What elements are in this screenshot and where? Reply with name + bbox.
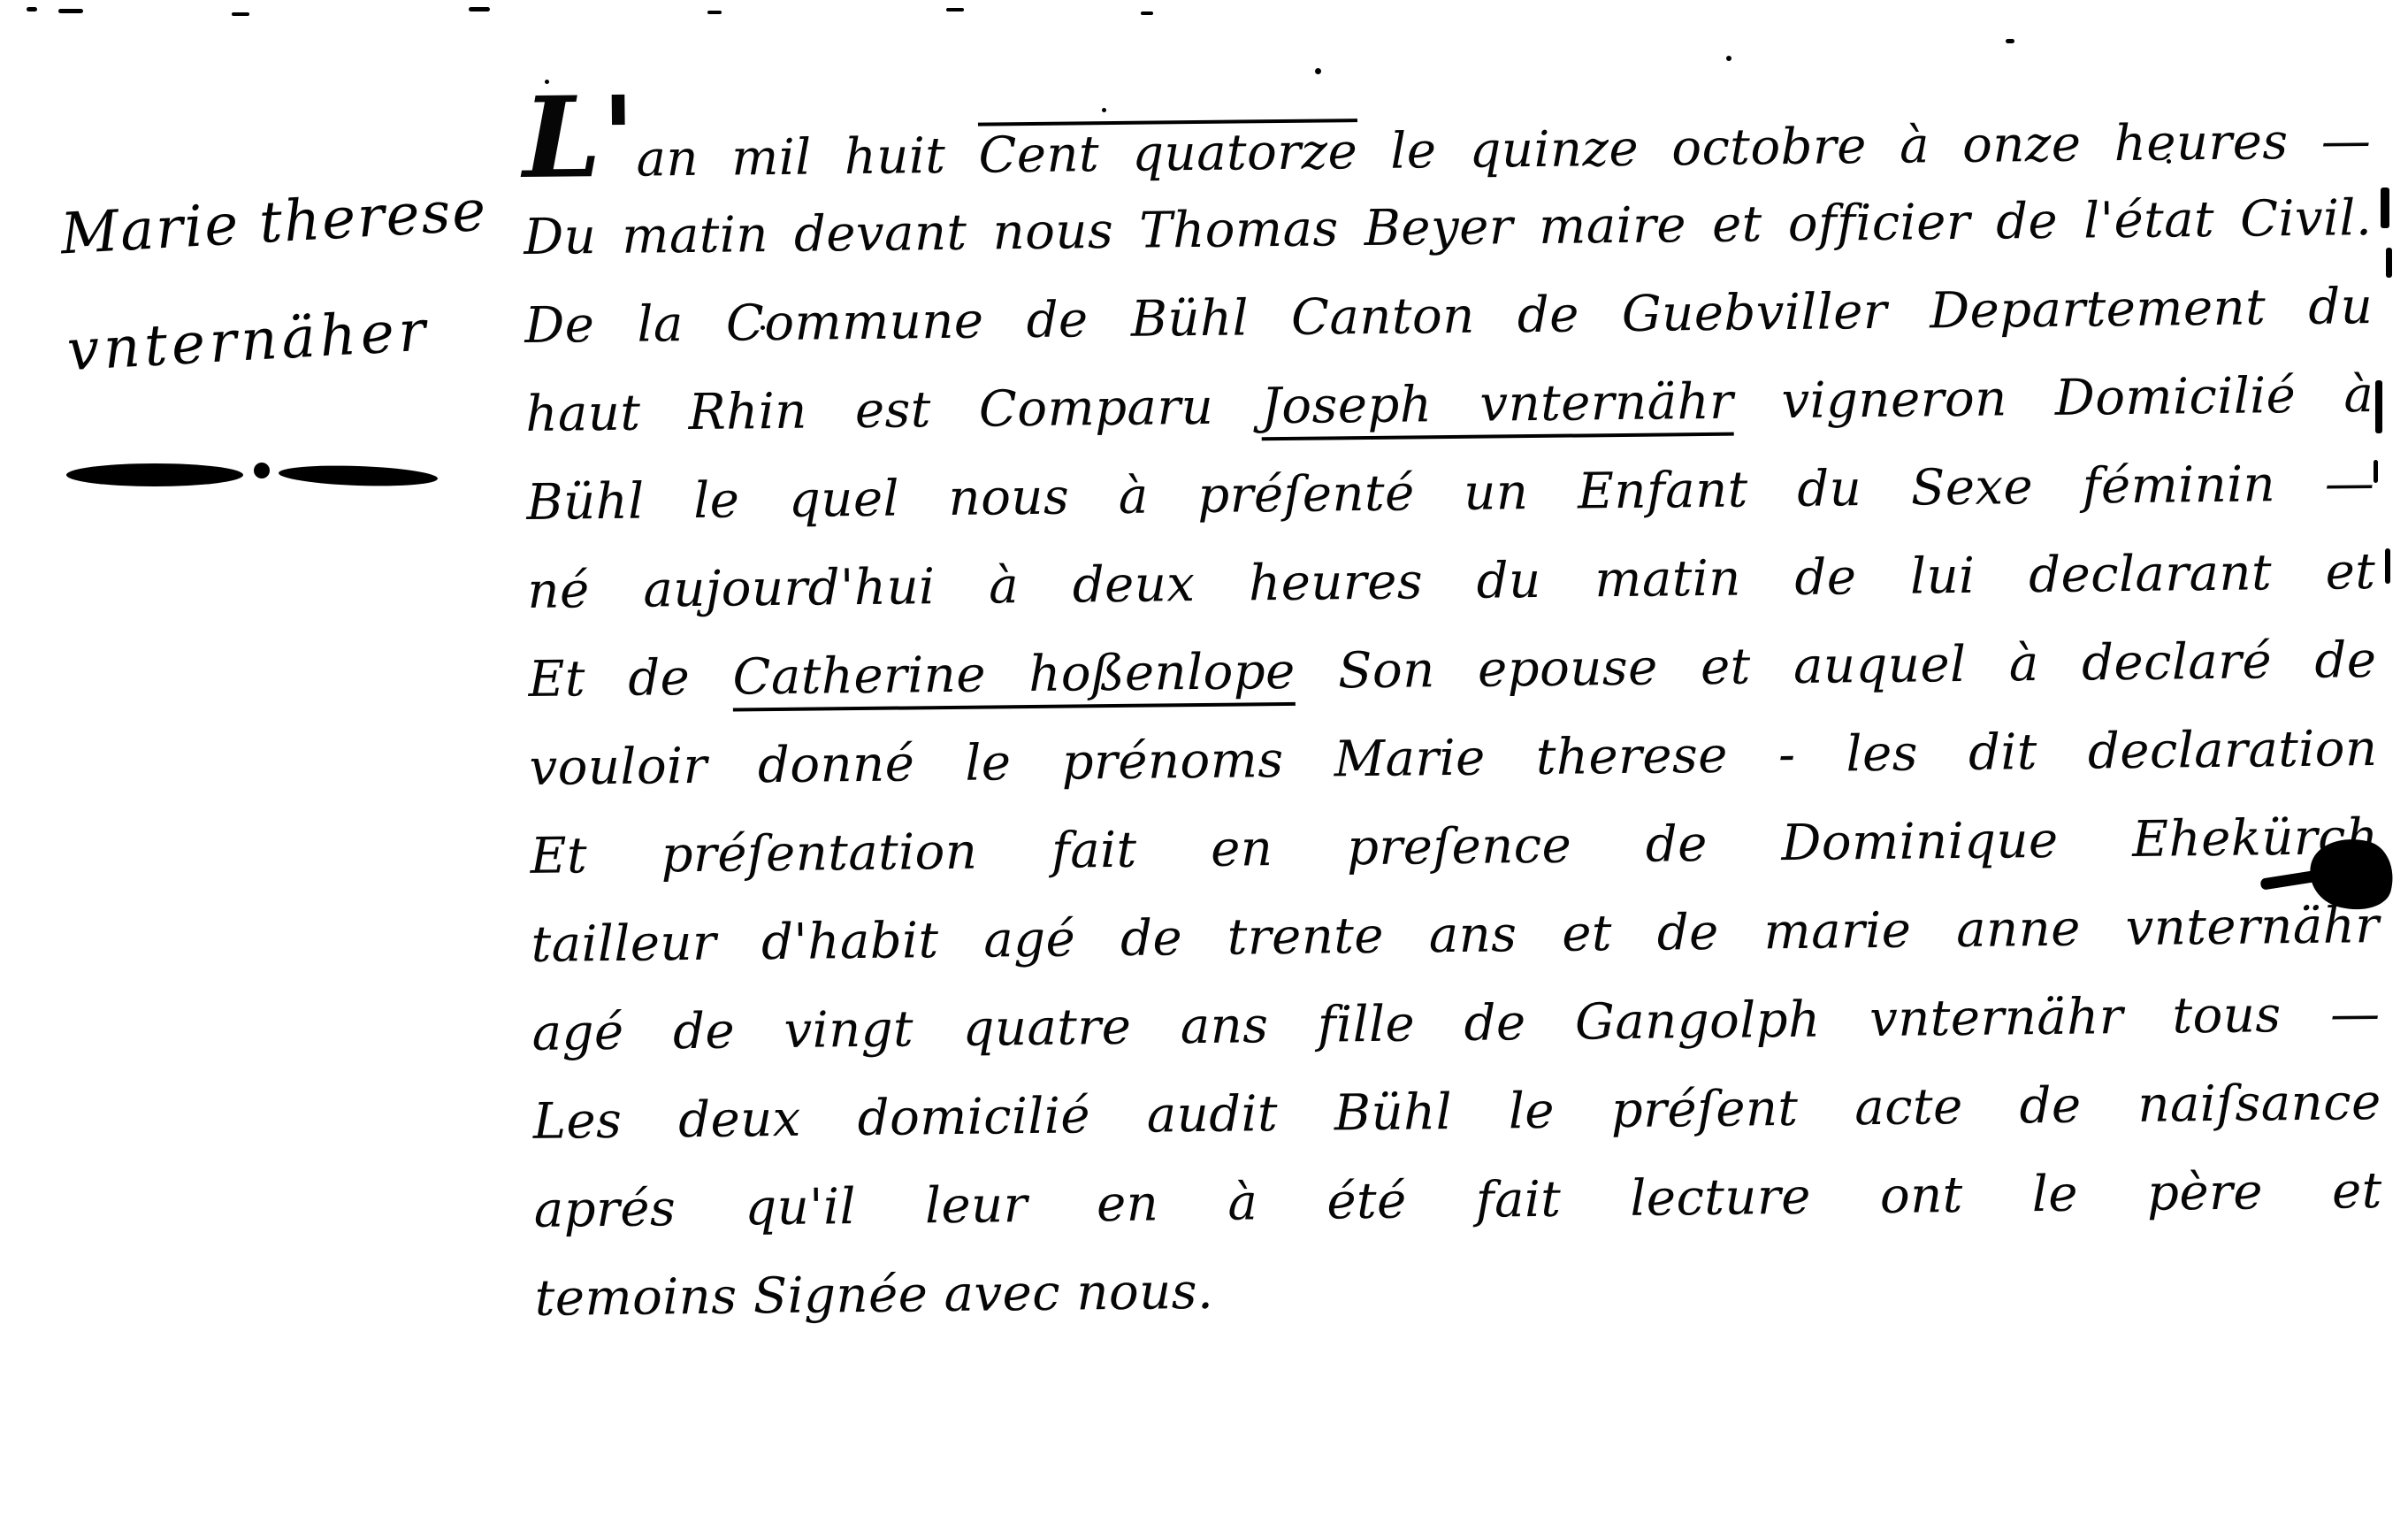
flourish-left-stroke — [66, 463, 243, 486]
margin-note-name-line2: vnternäher — [65, 295, 493, 385]
scan-noise-speck — [1102, 108, 1106, 112]
scan-noise-speck — [1726, 56, 1731, 61]
scan-noise-edge-mark — [2385, 548, 2390, 584]
line7-end: Son epouse et auquel à declaré de — [1295, 631, 2376, 700]
scan-noise-speck — [469, 7, 490, 11]
line4-start: haut Rhin est Comparu — [525, 378, 1262, 443]
scan-noise-speck — [58, 9, 83, 13]
flourish-dot — [254, 463, 270, 478]
document-page: Marie therese vnternäher L'an mil huit C… — [0, 0, 2408, 1523]
scan-noise-speck — [232, 12, 249, 16]
record-text: L'an mil huit Cent quatorze le quinze oc… — [523, 86, 2384, 1343]
scan-noise-edge-mark — [2375, 380, 2382, 433]
flourish-right-stroke — [279, 463, 439, 488]
scan-noise-speck — [1315, 68, 1321, 74]
scan-noise-speck — [1141, 11, 1153, 15]
underlined-mother-name: Catherine hoßenlope — [732, 643, 1296, 712]
scan-noise-edge-mark — [2374, 460, 2378, 483]
scan-noise-speck — [2167, 159, 2171, 164]
scan-noise-speck — [27, 7, 37, 11]
line1-end: le quinze octobre à onze heures — — [1357, 112, 2372, 180]
scan-noise-edge-mark — [2381, 188, 2389, 228]
line1-start: L'an mil huit — [523, 127, 979, 189]
margin-note: Marie therese vnternäher — [59, 179, 493, 384]
scan-noise-speck — [2006, 39, 2014, 43]
margin-flourish-rule — [62, 447, 442, 503]
scan-noise-speck — [707, 11, 722, 14]
line1-overlined-words: Cent quatorze — [978, 119, 1357, 184]
line7-start: Et de — [528, 649, 733, 708]
line4-end: vigneron Domicilié à — [1733, 366, 2374, 431]
scan-noise-speck — [761, 325, 765, 330]
underlined-father-name: Joseph vnternähr — [1261, 373, 1734, 441]
scan-noise-edge-mark — [2386, 248, 2392, 278]
text-line-14: temoins Signée avec nous. — [534, 1236, 2383, 1343]
margin-note-name-line1: Marie therese — [59, 179, 486, 268]
scan-noise-speck — [545, 80, 549, 84]
scan-noise-speck — [946, 8, 964, 11]
